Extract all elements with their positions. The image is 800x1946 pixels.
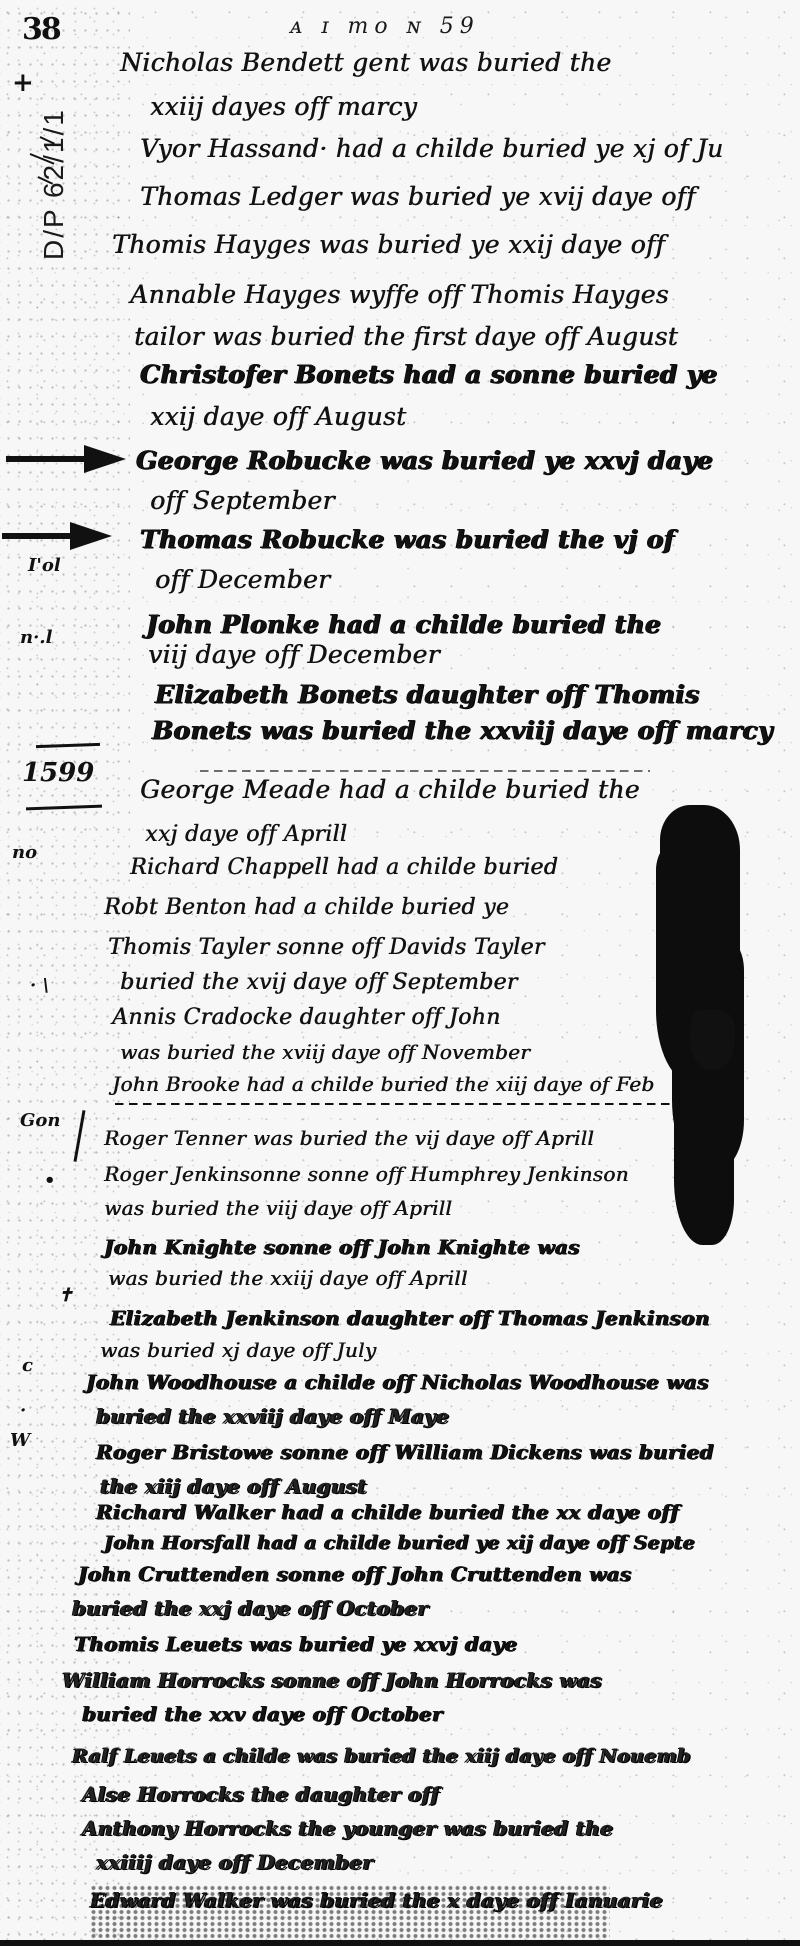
margin-bracket	[74, 1110, 86, 1162]
register-entry: off September	[150, 486, 335, 515]
register-entry: Elizabeth Bonets daughter off Thomis	[155, 680, 699, 709]
margin-note: ✝	[58, 1285, 73, 1306]
register-entry: xxiij dayes off marcy	[150, 92, 417, 121]
register-entry: John Cruttenden sonne off John Cruttende…	[78, 1562, 631, 1586]
register-entry: Vyor Hassand· had a childe buried ye xj …	[140, 134, 723, 163]
register-entry: was buried the xxiij daye off Aprill	[108, 1266, 468, 1290]
register-entry: George Meade had a childe buried the	[140, 775, 640, 804]
register-entry: John Brooke had a childe buried the xiij…	[112, 1072, 654, 1096]
register-entry: off December	[155, 565, 330, 594]
year-header: ᴀ ɪ mo ɴ 59	[290, 14, 480, 39]
ink-smudge	[90, 1885, 610, 1940]
register-entry-marked: George Robucke was buried ye xxvj daye	[136, 446, 713, 475]
register-entry: Roger Bristowe sonne off William Dickens…	[96, 1440, 714, 1464]
register-entry: Bonets was buried the xxviij daye off ma…	[152, 716, 773, 745]
register-entry: Roger Tenner was buried the vij daye off…	[104, 1126, 594, 1150]
register-entry-marked: Thomas Robucke was buried the vj of	[140, 525, 675, 554]
register-entry: buried the xxviij daye off Maye	[96, 1404, 449, 1428]
register-entry: Christofer Bonets had a sonne buried ye	[140, 360, 718, 389]
register-entry: buried the xvij daye off September	[120, 970, 518, 995]
margin-note: Gon	[20, 1110, 60, 1131]
register-entry: was buried the xviij daye off November	[120, 1040, 530, 1064]
register-entry: Richard Chappell had a childe buried	[130, 855, 558, 880]
register-entry: William Horrocks sonne off John Horrocks…	[62, 1668, 602, 1692]
register-entry: John Knighte sonne off John Knighte was	[104, 1235, 580, 1259]
register-entry: xxj daye off Aprill	[145, 822, 347, 847]
ink-blot-tail	[690, 1010, 735, 1070]
register-entry: buried the xxj daye off October	[72, 1596, 428, 1620]
register-entry: Richard Walker had a childe buried the x…	[96, 1500, 679, 1524]
register-entry: Thomis Leuets was buried ye xxvj daye	[74, 1632, 517, 1656]
register-page: 38 ᴀ ɪ mo ɴ 59 + D/P 62/1/1 I'ol n·.l no…	[0, 0, 800, 1946]
year-marker: 1599	[22, 758, 94, 788]
register-entry: John Horsfall had a childe buried ye xij…	[104, 1532, 695, 1554]
archive-reference: D/P 62/1/1	[38, 108, 70, 260]
year-rule-top	[36, 743, 100, 748]
register-entry: John Woodhouse a childe off Nicholas Woo…	[86, 1370, 709, 1394]
register-entry: Nicholas Bendett gent was buried the	[120, 48, 611, 77]
register-entry: viij daye off December	[148, 640, 440, 669]
register-entry: Anthony Horrocks the younger was buried …	[82, 1816, 613, 1840]
margin-note: · \	[30, 975, 49, 996]
margin-note: W	[10, 1430, 30, 1451]
margin-note: I'ol	[28, 555, 61, 576]
arrow-icon-george-robucke	[6, 456, 86, 462]
scan-border	[0, 1940, 800, 1946]
register-entry: Elizabeth Jenkinson daughter off Thomas …	[110, 1306, 710, 1330]
register-entry: Robt Benton had a childe buried ye	[104, 895, 509, 920]
year-rule-bottom	[26, 805, 102, 811]
margin-note: ᴄ	[22, 1355, 33, 1376]
register-entry: Thomis Hayges was buried ye xxij daye of…	[112, 230, 665, 259]
margin-note: •	[44, 1170, 56, 1191]
register-entry: Thomas Ledger was buried ye xvij daye of…	[140, 182, 696, 211]
margin-cross-mark: +	[12, 68, 34, 98]
register-entry: Annis Cradocke daughter off John	[112, 1005, 501, 1030]
register-entry: Ralf Leuets a childe was buried the xiij…	[72, 1745, 691, 1767]
register-entry: buried the xxv daye off October	[82, 1702, 443, 1726]
margin-note: n·.l	[20, 627, 52, 648]
arrow-icon-thomas-robucke	[2, 533, 72, 539]
entry-separator	[115, 1103, 690, 1105]
margin-note: ·	[20, 1400, 26, 1421]
register-entry: was buried the viij daye off Aprill	[104, 1196, 452, 1220]
register-entry: Thomis Tayler sonne off Davids Tayler	[108, 935, 545, 960]
register-entry: xxij daye off August	[150, 402, 406, 431]
register-entry: tailor was buried the first daye off Aug…	[134, 322, 678, 351]
margin-note: no	[12, 842, 37, 863]
register-entry: Alse Horrocks the daughter off	[82, 1782, 439, 1806]
register-entry: Roger Jenkinsonne sonne off Humphrey Jen…	[104, 1162, 629, 1186]
register-entry: xxiiij daye off December	[96, 1850, 373, 1874]
register-entry: was buried xj daye off July	[100, 1338, 376, 1362]
page-number: 38	[22, 12, 60, 47]
entry-separator	[200, 770, 650, 772]
register-entry: John Plonke had a childe buried the	[146, 610, 661, 639]
register-entry: the xiij daye off August	[100, 1474, 367, 1498]
register-entry: Annable Hayges wyffe off Thomis Hayges	[130, 280, 669, 309]
